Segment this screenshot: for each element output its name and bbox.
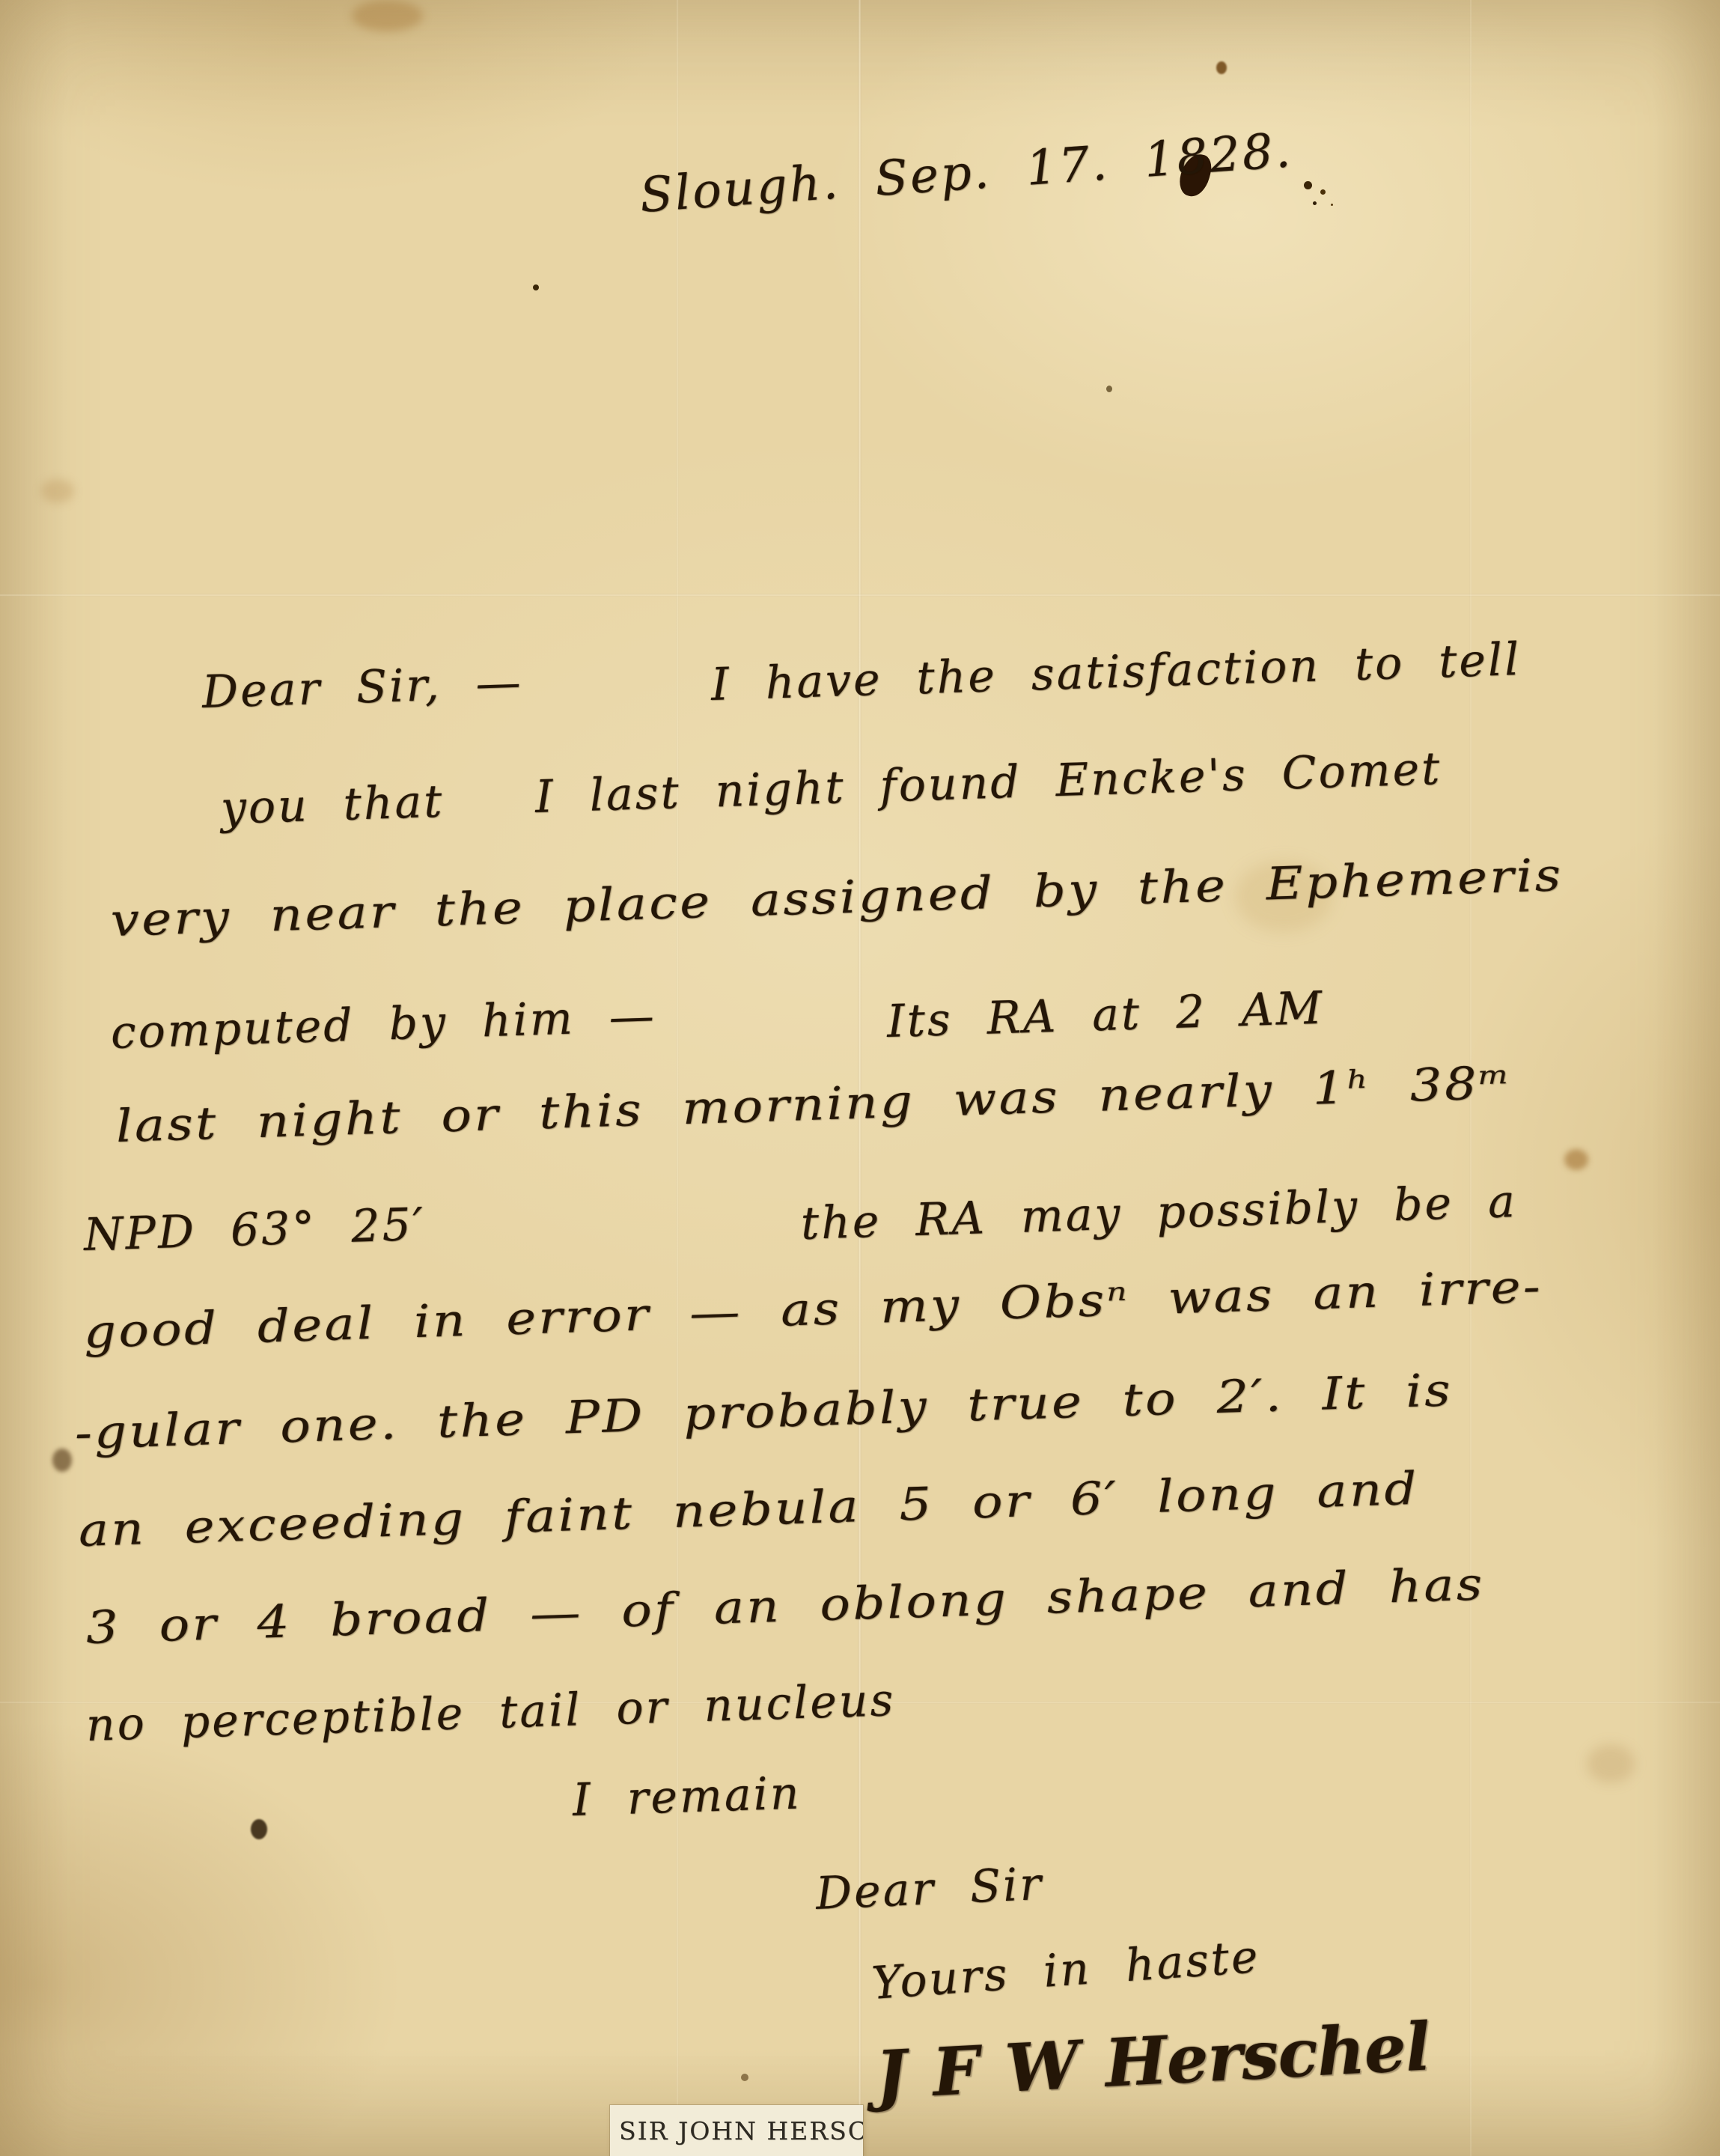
stain-spot <box>52 1449 72 1472</box>
body-line-1: I have the satisfaction to tell <box>710 633 1522 711</box>
body-line-2b: I last night found Encke's Comet <box>534 743 1442 823</box>
body-line-5: last night or this morning was nearly 1ʰ… <box>115 1056 1513 1153</box>
closing-line-2: Dear Sir <box>814 1858 1044 1920</box>
stain-spot <box>1106 386 1112 392</box>
body-line-9: an exceeding faint nebula 5 or 6′ long a… <box>78 1463 1420 1557</box>
stain-spot <box>533 284 539 290</box>
closing-line-1: I remain <box>572 1767 802 1827</box>
body-line-7: good deal in error — as my Obsⁿ was an i… <box>83 1261 1543 1359</box>
stain-spot <box>741 2074 748 2081</box>
vertical-fold-crease <box>676 0 679 2156</box>
collector-label: SIR JOHN HERSCHELL <box>610 2105 863 2156</box>
signature: J F W Herschel <box>873 2007 1431 2114</box>
body-line-8: -gular one. the PD probably true to 2′. … <box>74 1364 1454 1460</box>
horizontal-fold-crease <box>0 594 1720 597</box>
stain-spot <box>41 479 74 503</box>
body-line-10: 3 or 4 broad — of an oblong shape and ha… <box>85 1558 1486 1654</box>
body-line-4a: computed by him — <box>110 990 657 1059</box>
body-line-2a: you that <box>220 776 445 835</box>
stain-spot <box>1304 181 1312 189</box>
letter-dateline: Slough. Sep. 17. 1828. <box>638 123 1294 224</box>
closing-line-3: Yours in haste <box>870 1931 1262 2010</box>
body-line-6a: NPD 63° 25′ <box>83 1199 426 1261</box>
stain-spot <box>352 0 423 31</box>
collector-label-text: SIR JOHN HERSCHELL <box>610 2116 863 2146</box>
stain-spot <box>1587 1744 1635 1783</box>
body-line-11: no perceptible tail or nucleus <box>85 1674 896 1752</box>
body-line-4b: Its RA at 2 AM <box>886 982 1325 1048</box>
letter-salutation: Dear Sir, — <box>201 657 524 719</box>
letter-page: Slough. Sep. 17. 1828. Dear Sir, — I hav… <box>0 0 1720 2156</box>
stain-spot <box>1564 1149 1588 1170</box>
body-line-3: very near the place assigned by the Ephe… <box>110 849 1564 947</box>
stain-spot <box>251 1819 267 1839</box>
stain-spot <box>1216 61 1227 74</box>
body-line-6b: the RA may possibly be a <box>800 1175 1518 1250</box>
